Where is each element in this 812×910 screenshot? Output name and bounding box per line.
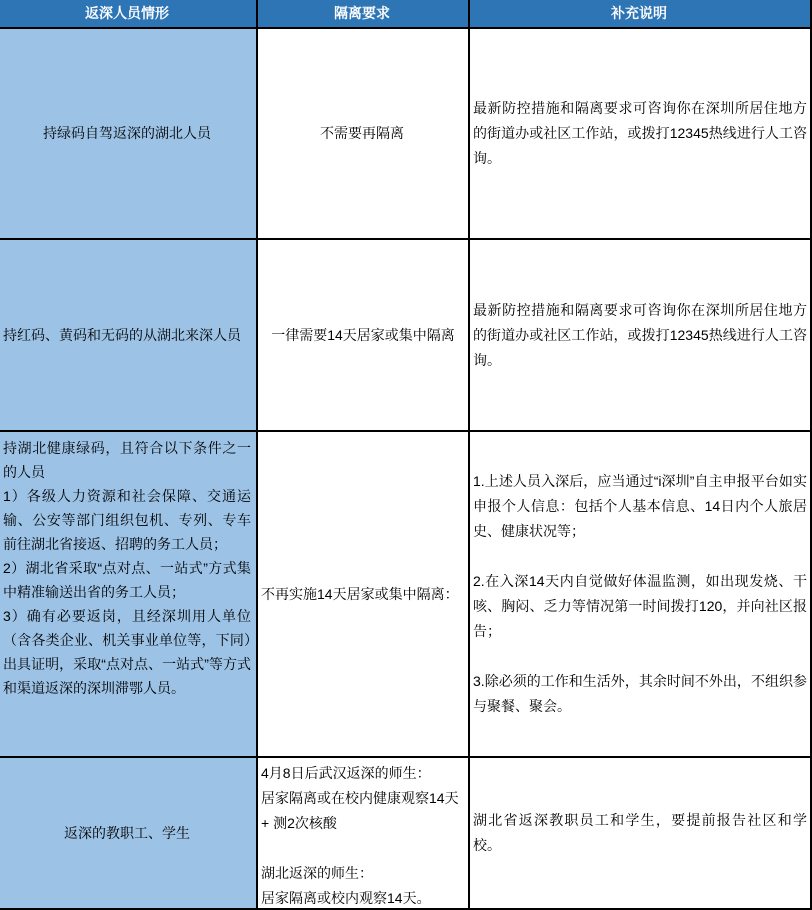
cell-situation: 返深的教职工、学生	[0, 758, 258, 910]
header-cell-notes: 补充说明	[470, 0, 812, 29]
cell-text: 最新防控措施和隔离要求可咨询你在深圳所居住地方的街道办或社区工作站，或拨打123…	[470, 295, 810, 376]
cell-notes: 1.上述人员入深后，应当通过“i深圳”自主申报平台如实申报个人信息：包括个人基本…	[470, 432, 812, 758]
cell-requirement: 不再实施14天居家或集中隔离：	[258, 432, 470, 758]
cell-text: 一律需要14天居家或集中隔离	[258, 320, 468, 351]
cell-text: 最新防控措施和隔离要求可咨询你在深圳所居住地方的街道办或社区工作站，或拨打123…	[470, 93, 810, 174]
cell-text: 1.上述人员入深后，应当通过“i深圳”自主申报平台如实申报个人信息：包括个人基本…	[470, 466, 810, 722]
cell-requirement: 4月8日后武汉返深的师生： 居家隔离或在校内健康观察14天 + 测2次核酸 湖北…	[258, 758, 470, 910]
header-label: 补充说明	[470, 0, 810, 29]
cell-requirement: 一律需要14天居家或集中隔离	[258, 240, 470, 432]
cell-text: 返深的教职工、学生	[0, 818, 256, 849]
cell-text: 持绿码自驾返深的湖北人员	[0, 118, 256, 149]
cell-text: 持湖北健康绿码，且符合以下条件之一的人员 1）各级人力资源和社会保障、交通运输、…	[0, 432, 256, 702]
cell-notes: 最新防控措施和隔离要求可咨询你在深圳所居住地方的街道办或社区工作站，或拨打123…	[470, 29, 812, 240]
cell-situation: 持绿码自驾返深的湖北人员	[0, 29, 258, 240]
cell-text: 湖北省返深教职员工和学生，要提前报告社区和学校。	[470, 805, 810, 861]
cell-notes: 最新防控措施和隔离要求可咨询你在深圳所居住地方的街道办或社区工作站，或拨打123…	[470, 240, 812, 432]
header-label: 隔离要求	[258, 0, 468, 29]
cell-requirement: 不需要再隔离	[258, 29, 470, 240]
quarantine-rules-table: 返深人员情形 隔离要求 补充说明 持绿码自驾返深的湖北人员 不需要再隔离 最新防…	[0, 0, 812, 910]
cell-text: 持红码、黄码和无码的从湖北来深人员	[0, 320, 256, 351]
cell-situation: 持湖北健康绿码，且符合以下条件之一的人员 1）各级人力资源和社会保障、交通运输、…	[0, 432, 258, 758]
cell-situation: 持红码、黄码和无码的从湖北来深人员	[0, 240, 258, 432]
cell-text: 不再实施14天居家或集中隔离：	[258, 579, 468, 610]
cell-notes: 湖北省返深教职员工和学生，要提前报告社区和学校。	[470, 758, 812, 910]
header-cell-situation: 返深人员情形	[0, 0, 258, 29]
header-label: 返深人员情形	[0, 0, 256, 29]
cell-text: 4月8日后武汉返深的师生： 居家隔离或在校内健康观察14天 + 测2次核酸 湖北…	[258, 758, 468, 910]
cell-text: 不需要再隔离	[258, 118, 468, 149]
header-cell-requirement: 隔离要求	[258, 0, 470, 29]
